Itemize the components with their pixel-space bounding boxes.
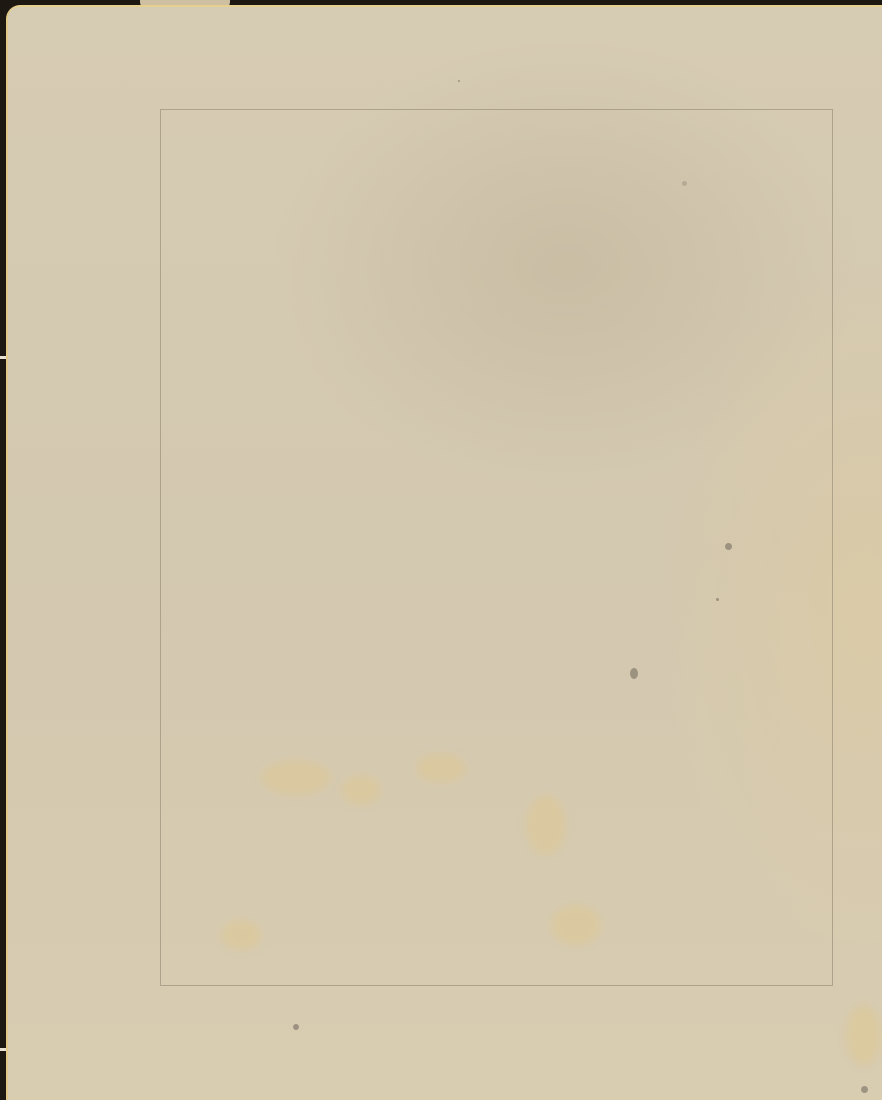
foxing-stain [846,1005,881,1065]
foxing-stain [526,795,566,855]
paper-spot [716,598,719,601]
foxing-stain [261,760,331,795]
paper-spot [293,1024,299,1030]
foxing-stain [341,775,381,805]
paper-spot [682,181,687,186]
paper-spot [630,668,638,679]
blank-page [6,5,882,1100]
paper-spot [725,543,732,550]
paper-spot [458,80,460,82]
paper-spot [861,1086,868,1093]
foxing-stain [416,753,466,783]
foxing-stain [551,905,601,945]
foxing-stain [221,920,261,950]
plate-border-frame [160,109,833,986]
